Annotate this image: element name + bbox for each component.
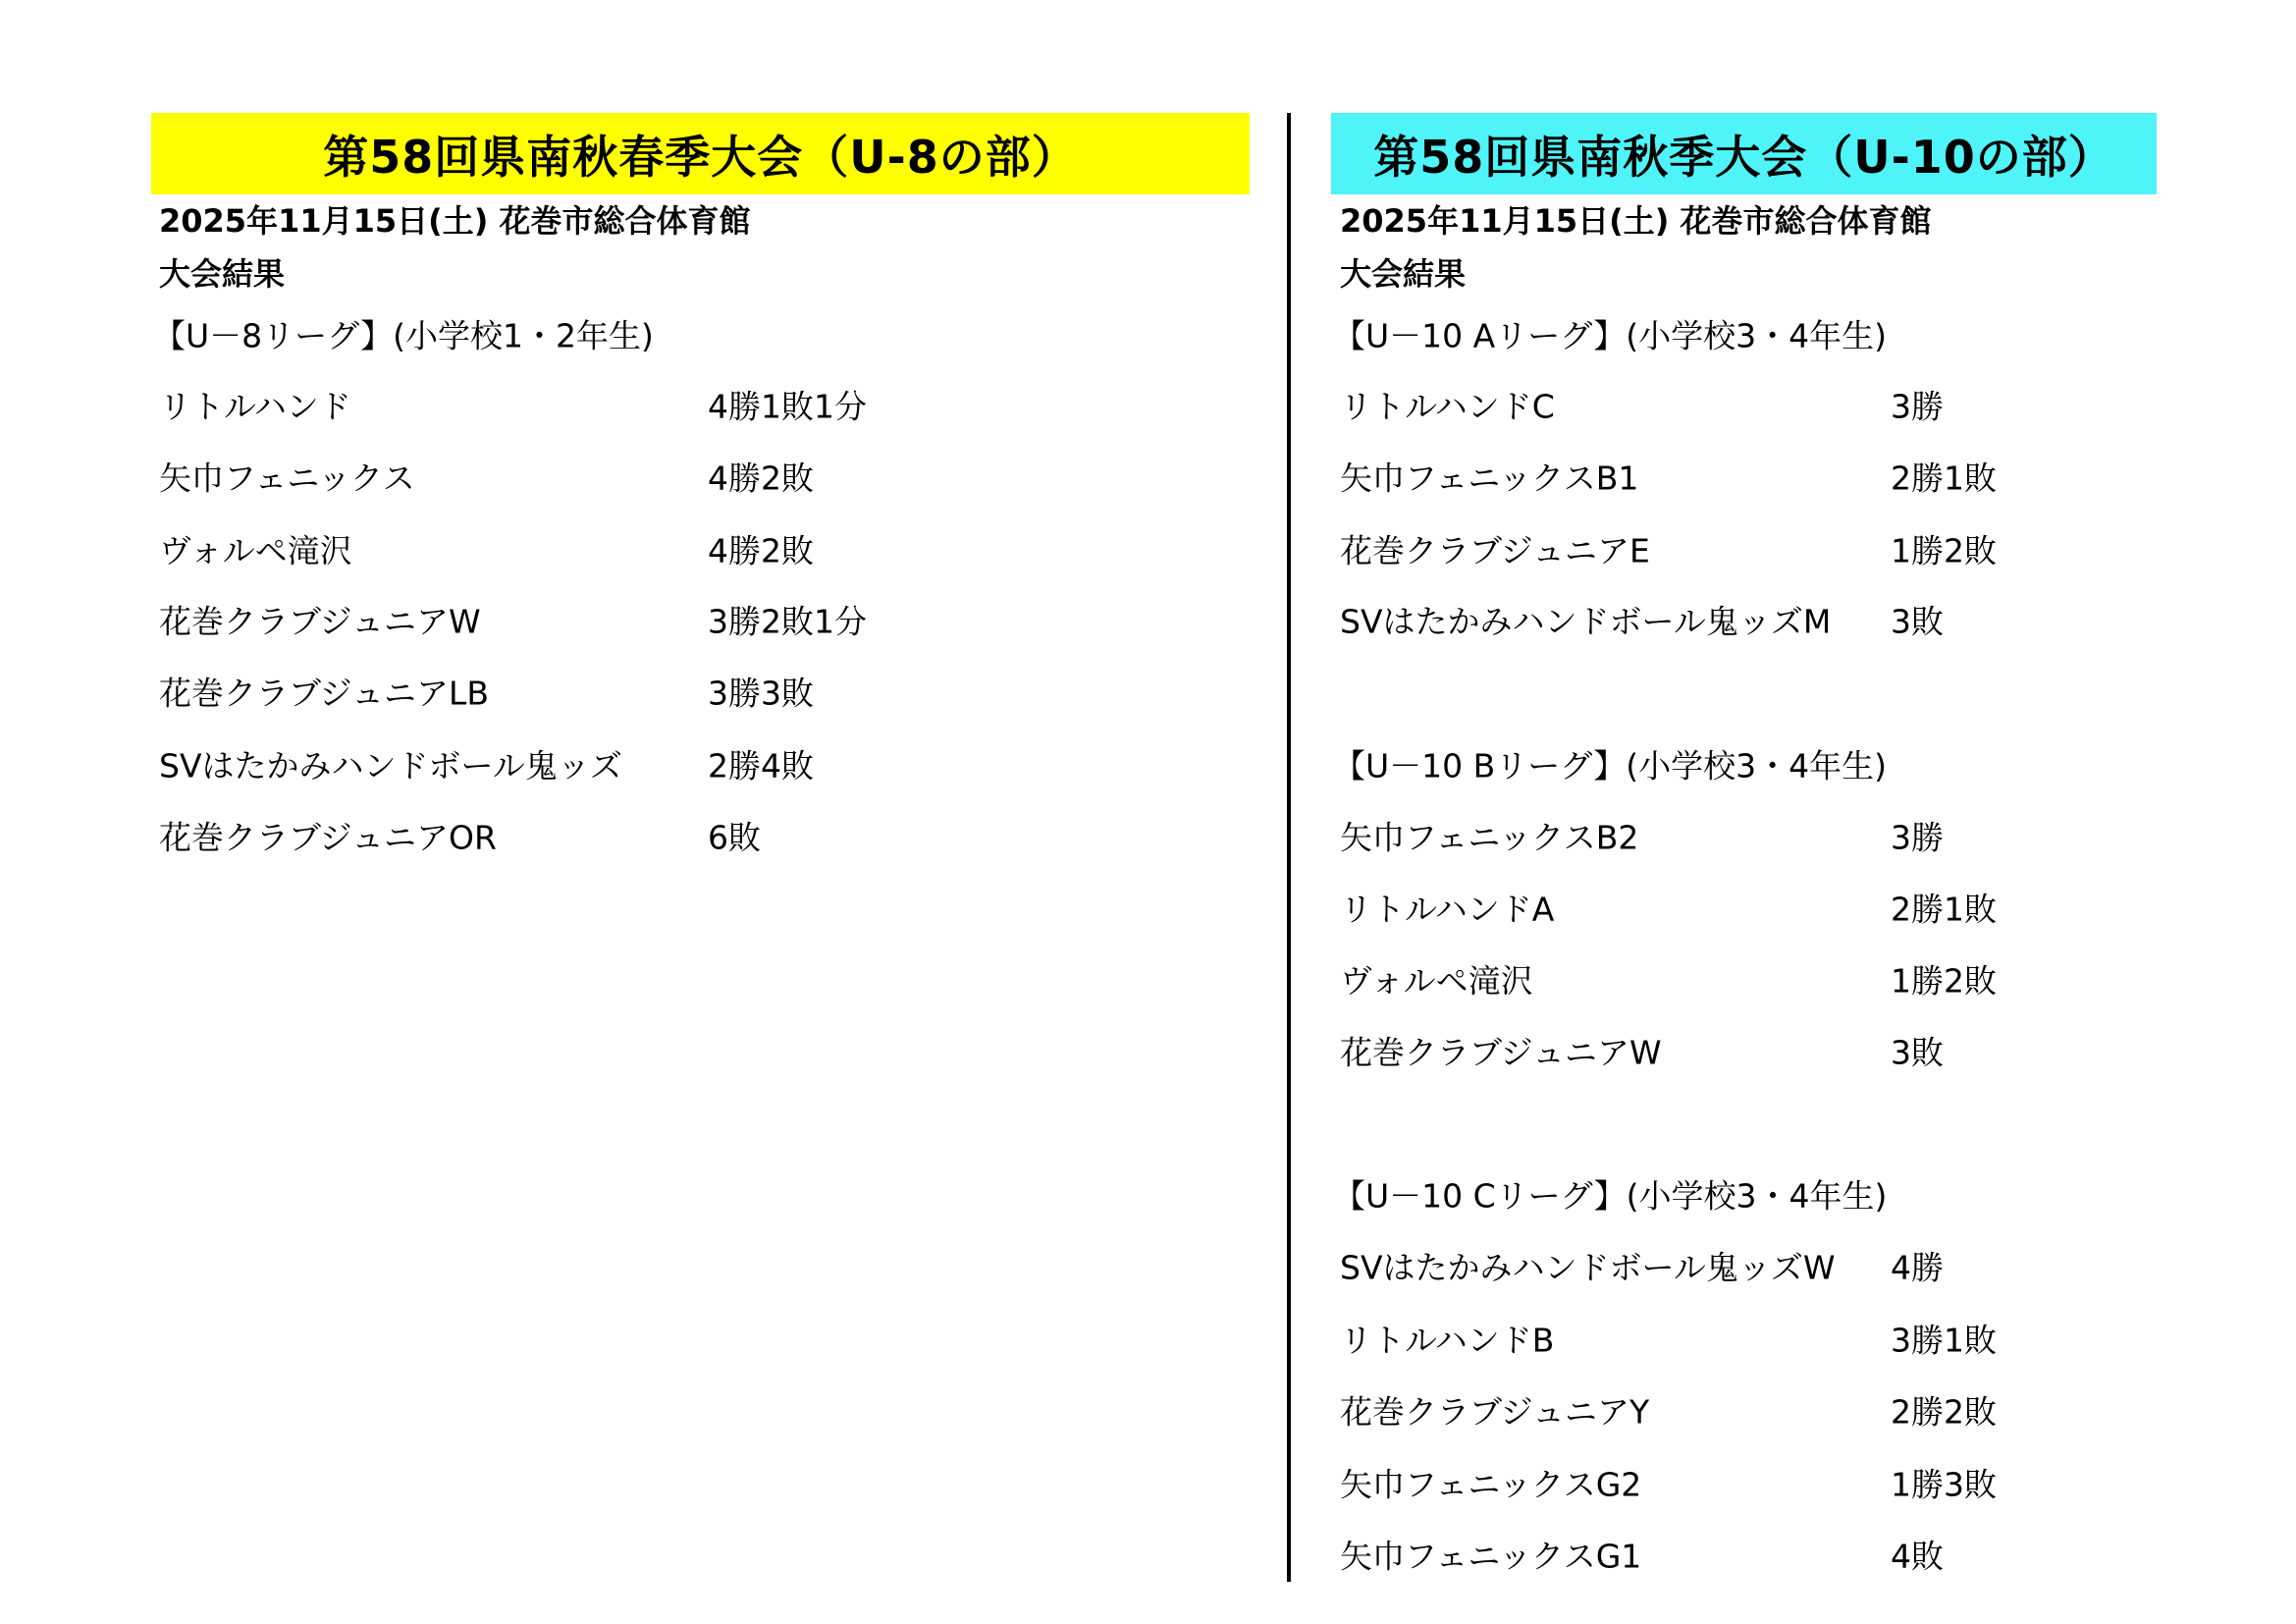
team-result: 6敗 [708,822,761,854]
u10-a-league-heading: 【U－10 Aリーグ】(小学校3・4年生) [1333,320,1887,352]
team-name: リトルハンドA [1340,893,1554,926]
u10-b-league-heading: 【U－10 Bリーグ】(小学校3・4年生) [1333,750,1887,783]
team-result: 2勝1敗 [1891,462,1997,495]
team-result: 3勝2敗1分 [708,606,867,638]
team-name: 花巻クラブジュニアE [1340,535,1650,568]
u10-results-label: 大会結果 [1340,258,1466,290]
team-result: 3勝3敗 [708,677,814,710]
team-name: SVはたかみハンドボール鬼ッズW [1340,1252,1836,1284]
column-divider [1287,113,1291,1582]
team-name: 矢巾フェニックス [159,462,415,495]
u8-title-banner: 第58回県南秋春季大会（U-8の部） [151,113,1250,194]
team-name: 花巻クラブジュニアY [1340,1396,1649,1429]
team-result: 2勝4敗 [708,750,814,783]
team-name: 花巻クラブジュニアW [159,606,481,638]
team-name: リトルハンドB [1340,1325,1554,1357]
u10-c-league-heading: 【U－10 Cリーグ】(小学校3・4年生) [1333,1180,1887,1213]
team-name: リトルハンド [159,391,351,423]
team-result: 4勝 [1891,1252,1944,1284]
team-name: SVはたかみハンドボール鬼ッズ [159,750,622,783]
u10-date-venue: 2025年11月15日(土) 花巻市総合体育館 [1340,205,1932,237]
team-name: 矢巾フェニックスB2 [1340,822,1638,854]
team-name: 矢巾フェニックスB1 [1340,462,1638,495]
team-name: ヴォルペ滝沢 [159,535,352,568]
team-name: リトルハンドC [1340,391,1555,423]
team-result: 4勝2敗 [708,462,814,495]
u8-league-heading: 【U－8リーグ】(小学校1・2年生) [153,320,654,352]
team-name: 花巻クラブジュニアLB [159,677,489,710]
team-result: 2勝1敗 [1891,893,1997,926]
team-result: 3敗 [1891,1037,1944,1069]
team-result: 2勝2敗 [1891,1396,1997,1429]
team-name: 花巻クラブジュニアOR [159,822,497,854]
u8-date-venue: 2025年11月15日(土) 花巻市総合体育館 [159,205,751,237]
team-result: 3敗 [1891,606,1944,638]
team-name: SVはたかみハンドボール鬼ッズM [1340,606,1831,638]
team-result: 4敗 [1891,1541,1944,1573]
team-name: 花巻クラブジュニアW [1340,1037,1662,1069]
team-name: 矢巾フェニックスG1 [1340,1541,1641,1573]
u8-results-label: 大会結果 [159,258,285,290]
team-result: 1勝2敗 [1891,535,1997,568]
team-name: 矢巾フェニックスG2 [1340,1469,1641,1501]
team-result: 3勝 [1891,822,1944,854]
team-result: 1勝3敗 [1891,1469,1997,1501]
u10-title-banner: 第58回県南秋季大会（U-10の部） [1331,113,2157,194]
u10-title: 第58回県南秋季大会（U-10の部） [1373,122,2113,187]
team-result: 1勝2敗 [1891,965,1997,998]
u8-title: 第58回県南秋春季大会（U-8の部） [323,122,1077,187]
team-result: 3勝1敗 [1891,1325,1997,1357]
team-result: 4勝1敗1分 [708,391,867,423]
team-result: 4勝2敗 [708,535,814,568]
team-name: ヴォルペ滝沢 [1340,965,1533,998]
team-result: 3勝 [1891,391,1944,423]
